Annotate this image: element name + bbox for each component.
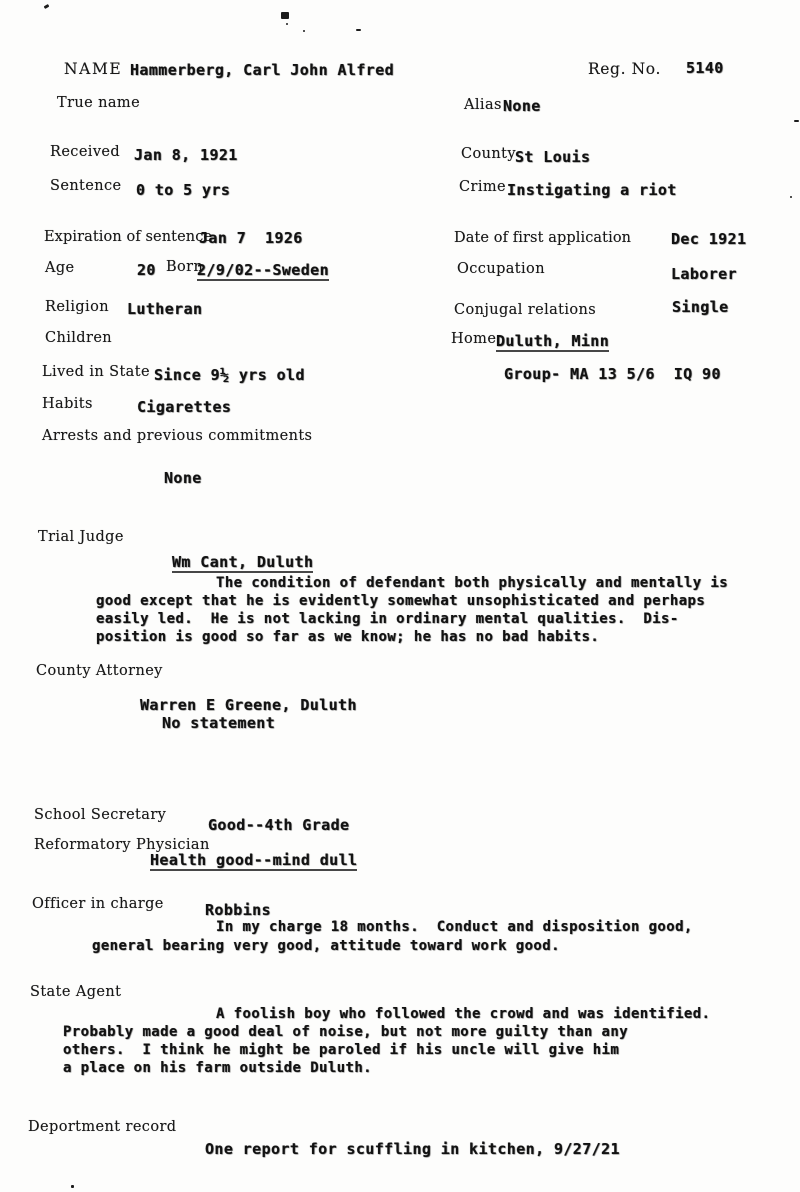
arrests-label: Arrests and previous commitments xyxy=(42,428,312,444)
crime-label: Crime xyxy=(459,179,506,195)
conjugal-label: Conjugal relations xyxy=(454,302,596,318)
state-agent-label: State Agent xyxy=(30,984,121,1000)
occupation-value: Laborer xyxy=(671,265,737,283)
reg-no-label: Reg. No. xyxy=(588,60,661,78)
age-value: 20 xyxy=(137,261,156,279)
expiration-label: Expiration of sentence xyxy=(44,229,212,245)
scan-speck xyxy=(44,4,50,9)
county-value: St Louis xyxy=(515,148,590,166)
officer-statement-line: general bearing very good, attitude towa… xyxy=(92,938,560,954)
name-value: Hammerberg, Carl John Alfred xyxy=(130,61,394,79)
habits-value: Cigarettes xyxy=(137,398,231,416)
home-value: Duluth, Minn xyxy=(496,332,609,352)
state-agent-statement-line: a place on his farm outside Duluth. xyxy=(63,1060,372,1076)
deportment-record-value: One report for scuffling in kitchen, 9/2… xyxy=(205,1140,620,1158)
scan-speck xyxy=(281,12,289,19)
state-agent-statement-line: A foolish boy who followed the crowd and… xyxy=(216,1006,710,1022)
school-secretary-label: School Secretary xyxy=(34,807,166,823)
home-label: Home xyxy=(451,331,496,347)
scan-speck xyxy=(794,120,799,122)
sentence-value: 0 to 5 yrs xyxy=(136,181,230,199)
trial-judge-statement-line: position is good so far as we know; he h… xyxy=(96,629,599,645)
county-label: County xyxy=(461,146,516,162)
record-form-page: NAME Hammerberg, Carl John Alfred Reg. N… xyxy=(0,0,800,1192)
children-label: Children xyxy=(45,330,112,346)
received-label: Received xyxy=(50,144,120,160)
trial-judge-statement-line: easily led. He is not lacking in ordinar… xyxy=(96,611,679,627)
trial-judge-label: Trial Judge xyxy=(38,529,124,545)
first-application-label: Date of first application xyxy=(454,230,631,246)
age-label: Age xyxy=(45,260,75,276)
reg-no-value: 5140 xyxy=(686,59,724,77)
trial-judge-statement-line: good except that he is evidently somewha… xyxy=(96,593,705,609)
state-agent-statement-line: Probably made a good deal of noise, but … xyxy=(63,1024,628,1040)
scan-speck xyxy=(286,23,288,25)
trial-judge-statement-line: The condition of defendant both physical… xyxy=(216,575,728,591)
scan-speck xyxy=(303,30,305,32)
officer-in-charge-name: Robbins xyxy=(205,901,271,919)
officer-in-charge-label: Officer in charge xyxy=(32,896,164,912)
occupation-label: Occupation xyxy=(457,261,545,277)
county-attorney-statement: No statement xyxy=(162,714,275,732)
state-agent-statement-line: others. I think he might be paroled if h… xyxy=(63,1042,619,1058)
sentence-label: Sentence xyxy=(50,178,122,194)
officer-statement-line: In my charge 18 months. Conduct and disp… xyxy=(216,919,693,935)
county-attorney-name: Warren E Greene, Duluth xyxy=(140,696,357,714)
lived-in-state-value: Since 9½ yrs old xyxy=(154,366,305,384)
reformatory-physician-value: Health good--mind dull xyxy=(150,851,357,871)
deportment-record-label: Deportment record xyxy=(28,1119,176,1135)
conjugal-value: Single xyxy=(672,298,729,316)
true-name-label: True name xyxy=(57,95,140,111)
received-value: Jan 8, 1921 xyxy=(134,146,238,164)
group-iq-value: Group- MA 13 5/6 IQ 90 xyxy=(504,365,721,383)
trial-judge-name: Wm Cant, Duluth xyxy=(172,553,313,573)
religion-value: Lutheran xyxy=(127,300,202,318)
habits-label: Habits xyxy=(42,396,93,412)
name-label: NAME xyxy=(64,60,122,78)
scan-speck xyxy=(790,196,792,198)
religion-label: Religion xyxy=(45,299,109,315)
born-value: 2/9/02--Sweden xyxy=(197,261,329,281)
expiration-value: Jan 7 1926 xyxy=(199,229,303,247)
crime-value: Instigating a riot xyxy=(507,181,677,199)
arrests-value: None xyxy=(164,469,202,487)
school-secretary-value: Good--4th Grade xyxy=(208,816,349,834)
scan-speck xyxy=(356,29,361,31)
scan-speck xyxy=(71,1185,74,1188)
first-application-value: Dec 1921 xyxy=(671,230,746,248)
alias-value: None xyxy=(503,97,541,115)
county-attorney-label: County Attorney xyxy=(36,663,163,679)
alias-label: Alias xyxy=(464,97,502,113)
lived-in-state-label: Lived in State xyxy=(42,364,150,380)
